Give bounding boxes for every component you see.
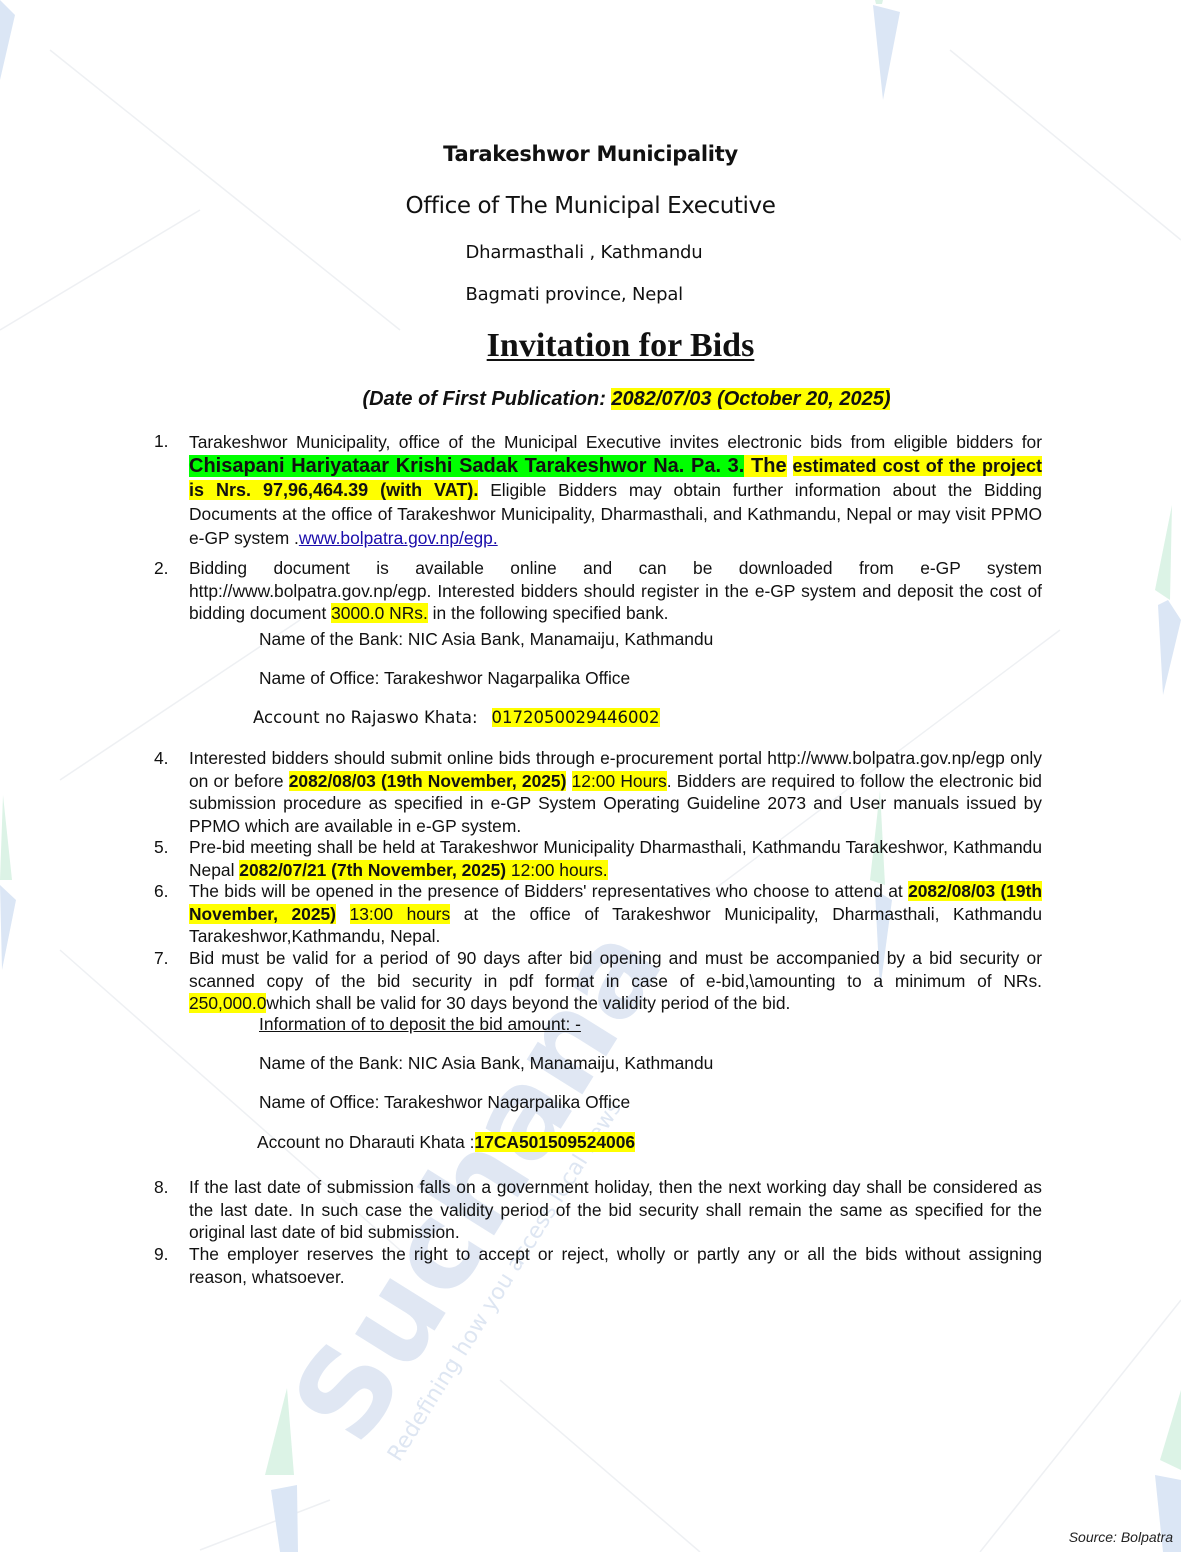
bank-name-deposit: Name of the Bank: NIC Asia Bank, Manamai…	[259, 1052, 713, 1074]
rajaswo-account: Account no Rajaswo Khata:017205002944600…	[253, 708, 660, 727]
municipality-name: Tarakeshwor Municipality	[0, 142, 1181, 166]
document-cost: 3000.0 NRs.	[331, 603, 428, 623]
publication-date: (Date of First Publication: 2082/07/03 (…	[36, 388, 1181, 411]
list-item: 9. The employer reserves the right to ac…	[154, 1243, 1042, 1288]
office-name-bank: Name of Office: Tarakeshwor Nagarpalika …	[259, 667, 630, 689]
dharauti-account: Account no Dharauti Khata :17CA501509524…	[257, 1131, 635, 1153]
list-item: 8. If the last date of submission falls …	[154, 1176, 1042, 1244]
notice-page: Tarakeshwor Municipality Office of The M…	[0, 0, 1181, 1552]
list-item: 7. Bid must be valid for a period of 90 …	[154, 947, 1042, 1015]
office-name-deposit: Name of Office: Tarakeshwor Nagarpalika …	[259, 1091, 630, 1113]
document-title: Invitation for Bids	[30, 327, 1181, 365]
bid-security-amount: 250,000.0	[189, 993, 266, 1013]
address: Dharmasthali , Kathmandu	[0, 242, 1181, 263]
deposit-heading: Information of to deposit the bid amount…	[259, 1013, 581, 1035]
office-name: Office of The Municipal Executive	[0, 193, 1181, 219]
bolpatra-link[interactable]: www.bolpatra.gov.np/egp.	[299, 528, 498, 548]
list-item: 4. Interested bidders should submit onli…	[154, 747, 1042, 837]
prebid-date: 2082/07/21 (7th November, 2025)	[239, 860, 506, 880]
submission-deadline: 2082/08/03 (19th November, 2025)	[289, 771, 567, 791]
list-item: 6. The bids will be opened in the presen…	[154, 880, 1042, 948]
source-credit: Source: Bolpatra	[1069, 1529, 1173, 1545]
list-item: 2. Bidding document is available online …	[154, 557, 1042, 625]
list-item: 5. Pre-bid meeting shall be held at Tara…	[154, 836, 1042, 881]
province: Bagmati province, Nepal	[0, 284, 1181, 305]
list-item: 1. Tarakeshwor Municipality, office of t…	[154, 430, 1042, 550]
project-name: Chisapani Hariyataar Krishi Sadak Tarake…	[189, 455, 744, 477]
bank-name: Name of the Bank: NIC Asia Bank, Manamai…	[259, 628, 713, 650]
